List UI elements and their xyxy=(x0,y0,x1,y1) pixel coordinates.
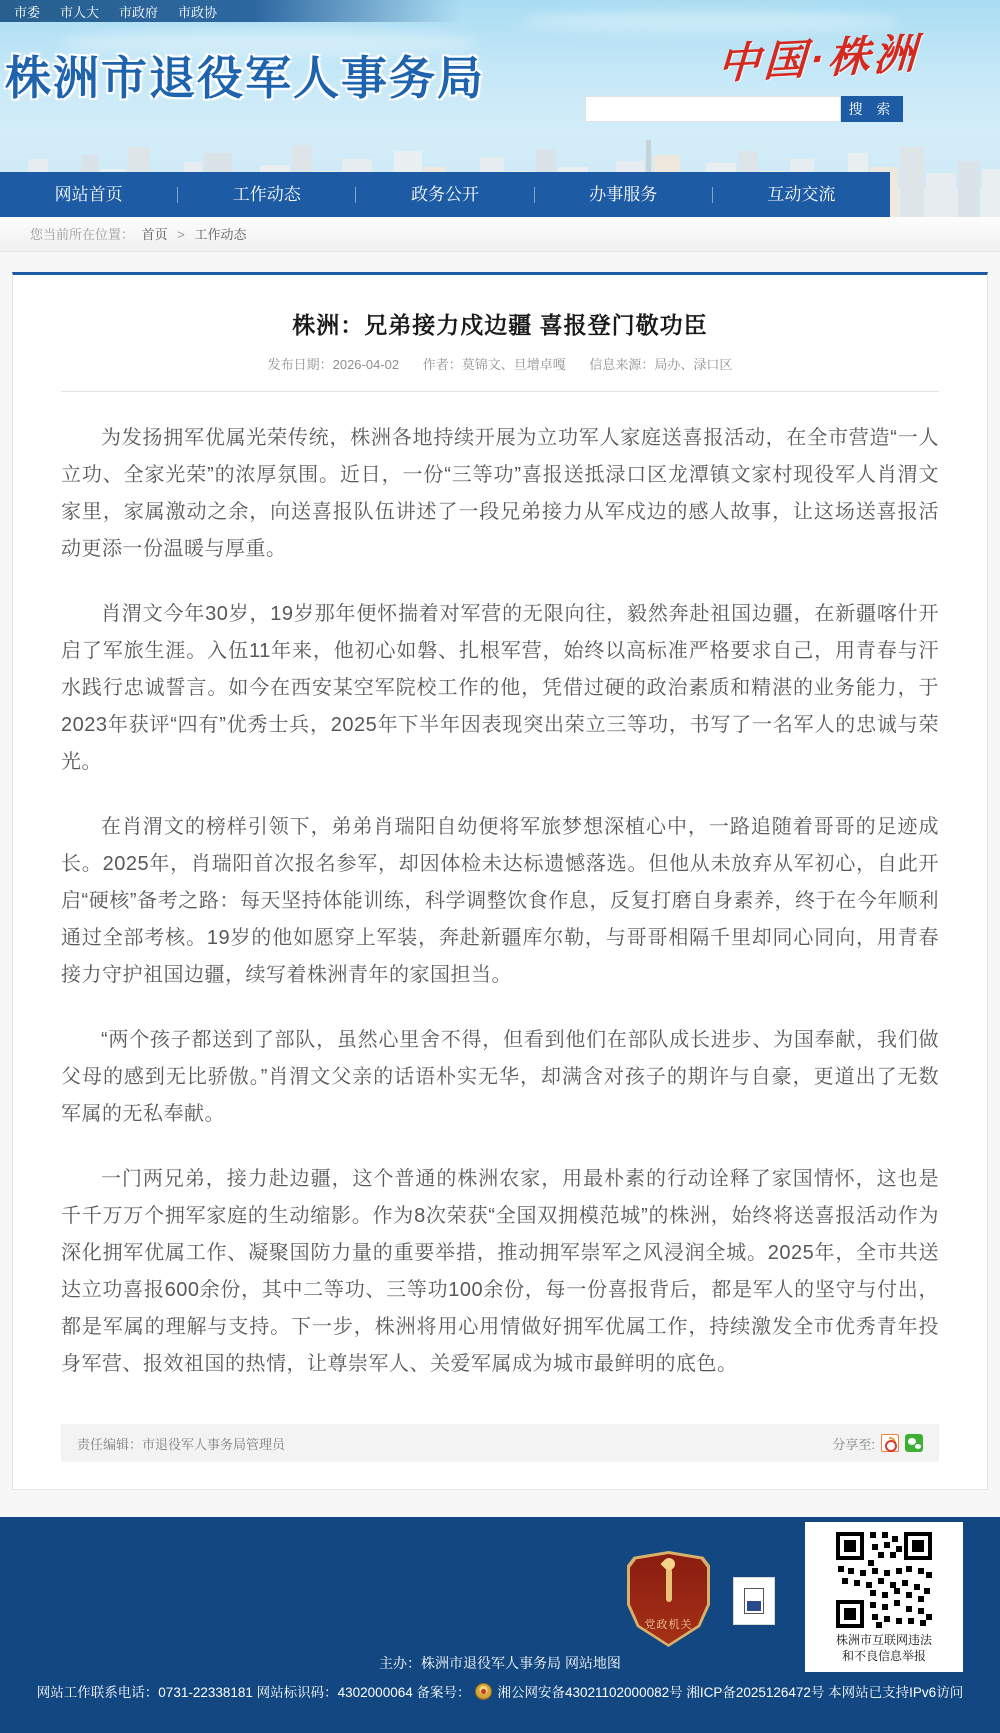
editor-bar: 责任编辑：市退役军人事务局管理员 分享至: xyxy=(61,1424,939,1462)
icp-info: 湘公网安备43021102000082号 湘ICP备2025126472号 本网… xyxy=(497,1681,963,1701)
breadcrumb: 您当前所在位置： 首页 > 工作动态 xyxy=(0,217,1000,252)
search-button[interactable]: 搜 索 xyxy=(841,96,903,122)
topbar-link-zhengxie[interactable]: 市政协 xyxy=(178,2,217,21)
meta-divider xyxy=(61,391,939,392)
contact-line: 网站工作联系电话：0731-22338181 网站标识码：4302000064 … xyxy=(0,1681,1000,1701)
government-links-bar: 市委 市人大 市政府 市政协 xyxy=(0,0,460,22)
search-input[interactable] xyxy=(585,96,841,122)
weibo-icon[interactable] xyxy=(881,1434,899,1452)
share-label: 分享至: xyxy=(832,1434,875,1453)
spacer xyxy=(0,1490,1000,1517)
nav-item-gov-info[interactable]: 政务公开 xyxy=(356,172,533,217)
article-source: 信息来源：局办、渌口区 xyxy=(589,357,732,372)
contact-info: 网站工作联系电话：0731-22338181 网站标识码：4302000064 … xyxy=(37,1681,471,1701)
site-certificate-badge[interactable] xyxy=(733,1577,775,1625)
page-footer: 党政机关 株洲市互联网违法 和不良信息举报 主办：株洲市退役军人事务局 网站地图 xyxy=(0,1517,1000,1733)
breadcrumb-separator: > xyxy=(177,227,185,242)
article-author: 作者：莫锦文、旦增卓嘎 xyxy=(423,357,566,372)
party-gov-shield-badge[interactable]: 党政机关 xyxy=(627,1551,710,1647)
nav-item-services[interactable]: 办事服务 xyxy=(535,172,712,217)
qr-caption-line1: 株洲市互联网违法 xyxy=(836,1632,932,1648)
header-banner: 市委 市人大 市政府 市政协 株洲市退役军人事务局 中国·株洲 搜 索 xyxy=(0,0,1000,217)
nav-item-home[interactable]: 网站首页 xyxy=(0,172,177,217)
topbar-link-shiwei[interactable]: 市委 xyxy=(14,2,40,21)
host-line: 主办：株洲市退役军人事务局 网站地图 xyxy=(0,1653,1000,1673)
shield-label: 党政机关 xyxy=(630,1616,707,1632)
page: 市委 市人大 市政府 市政协 株洲市退役军人事务局 中国·株洲 搜 索 xyxy=(0,0,1000,1733)
spacer xyxy=(0,252,1000,272)
article-title: 株洲：兄弟接力戍边疆 喜报登门敬功臣 xyxy=(61,275,939,340)
site-title: 株洲市退役军人事务局 xyxy=(5,42,485,108)
editor-label: 责任编辑：市退役军人事务局管理员 xyxy=(77,1434,285,1453)
breadcrumb-link-work-news[interactable]: 工作动态 xyxy=(195,227,247,242)
sitemap-link[interactable]: 网站地图 xyxy=(565,1655,621,1671)
article-paragraph: 肖渭文今年30岁，19岁那年便怀揣着对军营的无限向往，毅然奔赴祖国边疆，在新疆喀… xyxy=(61,596,939,781)
report-qr-panel: 株洲市互联网违法 和不良信息举报 xyxy=(805,1522,963,1672)
article-body: 为发扬拥军优属光荣传统，株洲各地持续开展为立功军人家庭送喜报活动，在全市营造“一… xyxy=(61,420,939,1383)
police-badge-icon xyxy=(475,1683,492,1700)
wechat-icon[interactable] xyxy=(905,1434,923,1452)
article-paragraph: “两个孩子都送到了部队，虽然心里舍不得，但看到他们在部队成长进步、为国奉献，我们… xyxy=(61,1022,939,1133)
topbar-link-renda[interactable]: 市人大 xyxy=(60,2,99,21)
document-icon xyxy=(744,1588,764,1614)
main-navigation: 网站首页 工作动态 政务公开 办事服务 互动交流 xyxy=(0,172,890,217)
article-paragraph: 在肖渭文的榜样引领下，弟弟肖瑞阳自幼便将军旅梦想深植心中，一路追随着哥哥的足迹成… xyxy=(61,809,939,994)
search-bar: 搜 索 xyxy=(585,96,903,122)
article-paragraph: 一门两兄弟，接力赴边疆，这个普通的株洲农家，用最朴素的行动诠释了家国情怀，这也是… xyxy=(61,1161,939,1383)
nav-item-interaction[interactable]: 互动交流 xyxy=(713,172,890,217)
share-row: 分享至: xyxy=(832,1434,923,1453)
shield-inner: 党政机关 xyxy=(630,1554,707,1644)
qr-code-image xyxy=(834,1530,934,1630)
china-zhuzhou-logo: 中国·株洲 xyxy=(717,21,922,92)
breadcrumb-prefix: 您当前所在位置： xyxy=(30,227,134,242)
host-label: 主办：株洲市退役军人事务局 xyxy=(379,1655,561,1671)
nav-item-work-news[interactable]: 工作动态 xyxy=(178,172,355,217)
publish-date: 发布日期：2026-04-02 xyxy=(268,357,400,372)
article-card: 株洲：兄弟接力戍边疆 喜报登门敬功臣 发布日期：2026-04-02 作者：莫锦… xyxy=(12,272,988,1490)
breadcrumb-link-home[interactable]: 首页 xyxy=(142,227,168,242)
article-paragraph: 为发扬拥军优属光荣传统，株洲各地持续开展为立功军人家庭送喜报活动，在全市营造“一… xyxy=(61,420,939,568)
article-meta: 发布日期：2026-04-02 作者：莫锦文、旦增卓嘎 信息来源：局办、渌口区 xyxy=(61,354,939,373)
topbar-link-zhengfu[interactable]: 市政府 xyxy=(119,2,158,21)
torch-icon xyxy=(666,1568,672,1602)
